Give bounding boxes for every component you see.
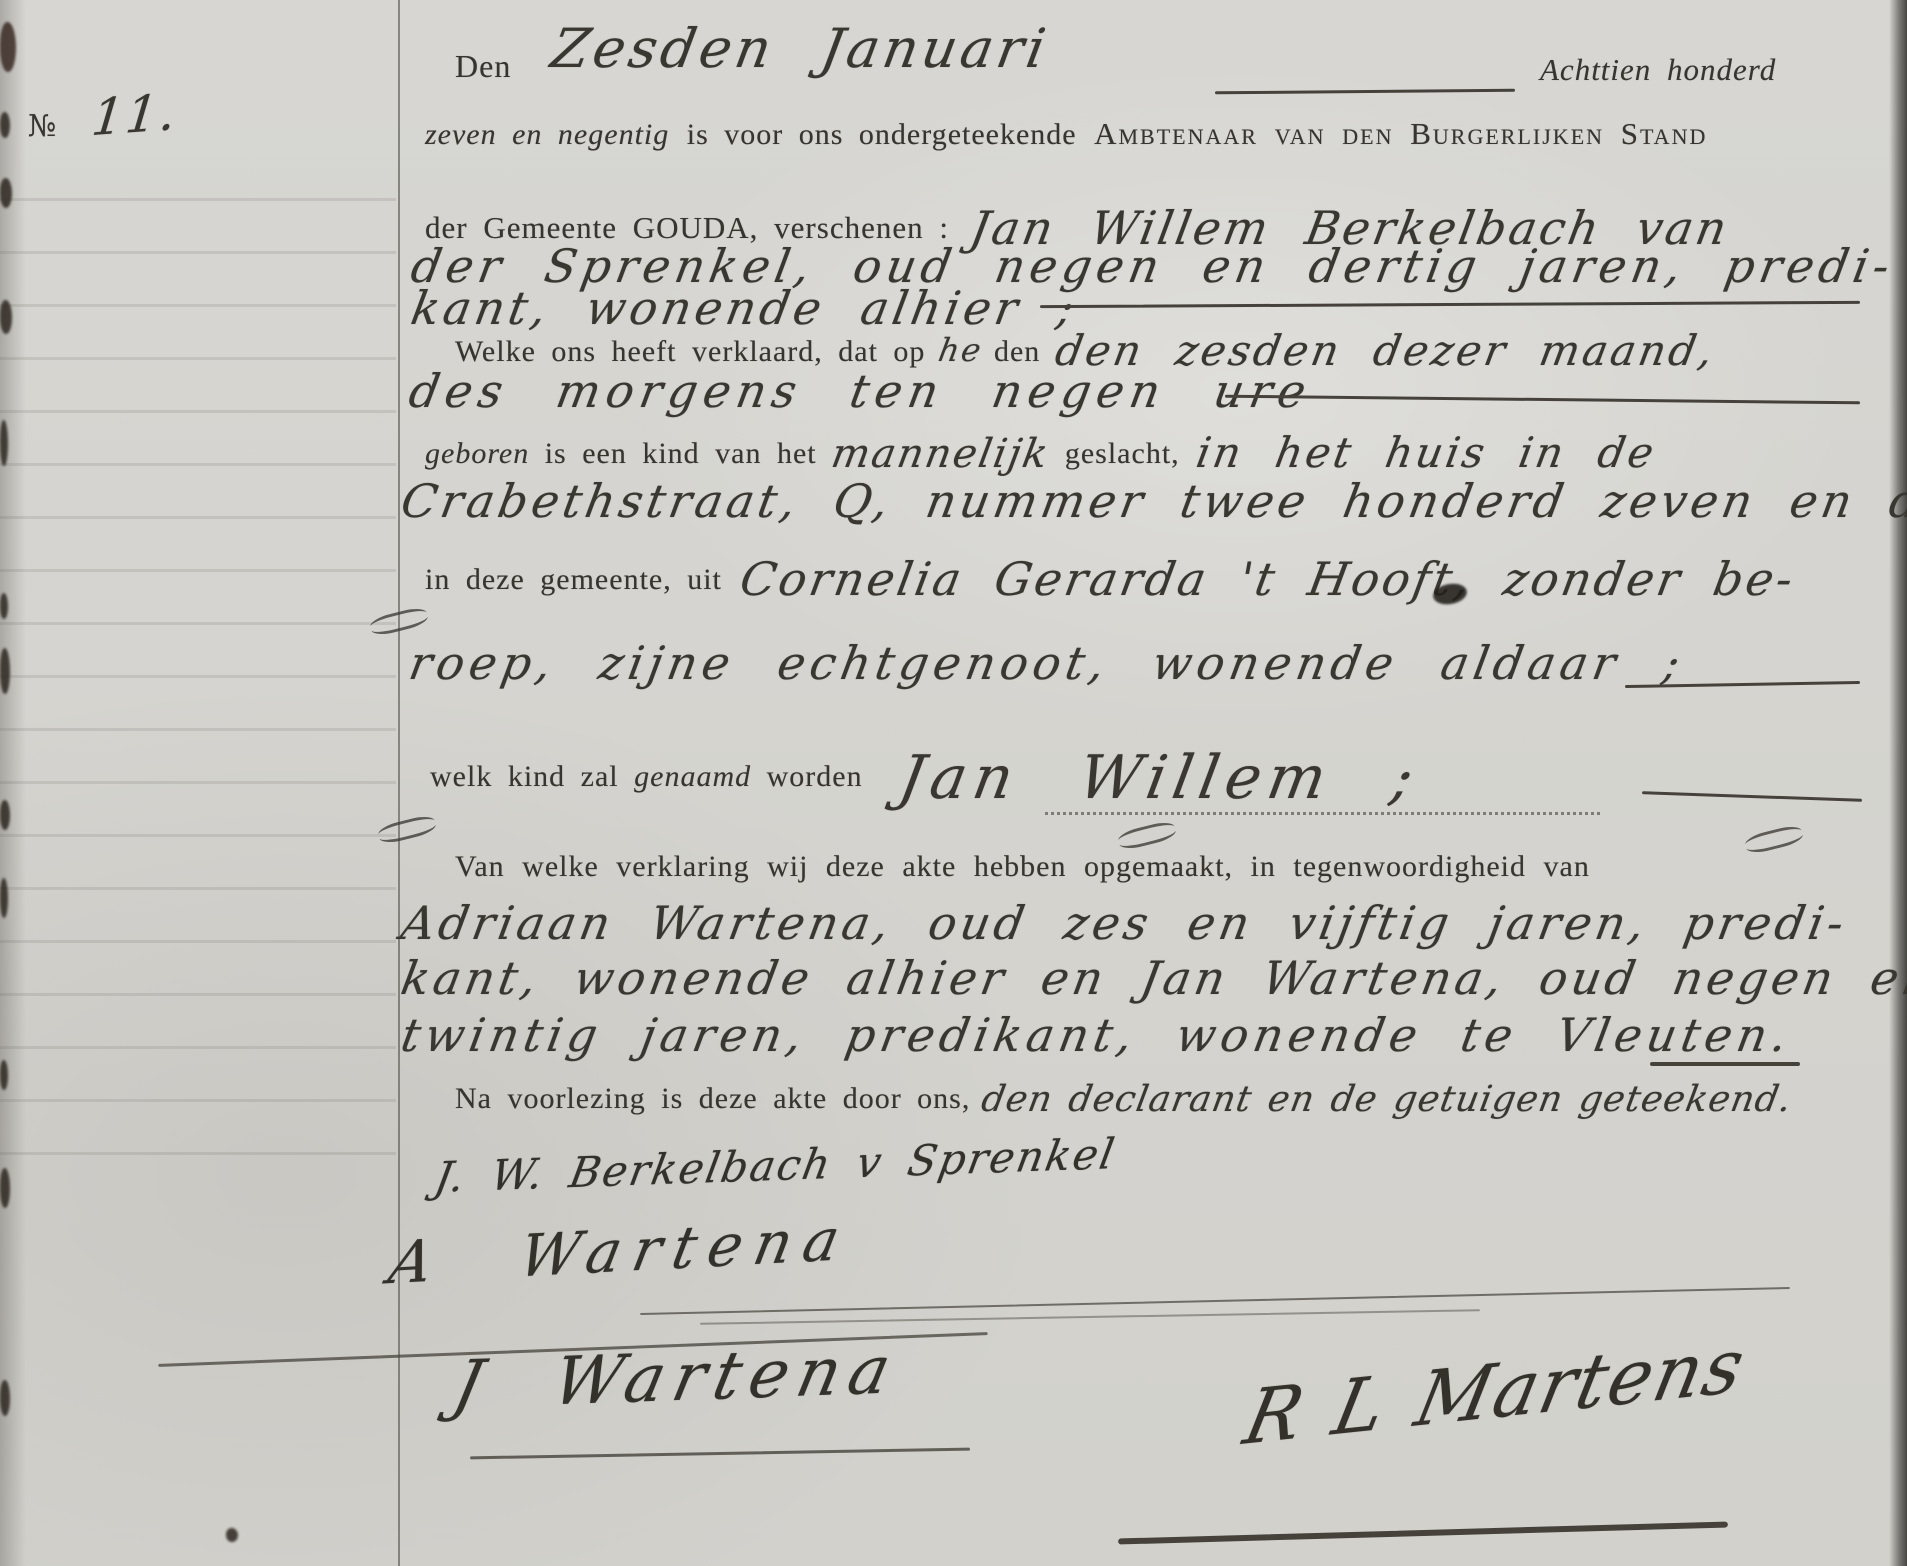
printed-gemeente-uit: in deze gemeente, uit xyxy=(425,563,722,596)
signature-witness1: A Wartena xyxy=(385,1210,857,1293)
scan-edge-mark xyxy=(0,300,12,334)
printed-welk-kind: welk kind zal xyxy=(430,760,619,793)
signature-text: R L Martens xyxy=(1237,1322,1753,1463)
printed-year-prefix: Achttien honderd xyxy=(1540,54,1776,85)
signature-text: A Wartena xyxy=(384,1205,858,1298)
hand-witness1: Adriaan Wartena, oud zes en vijftig jare… xyxy=(402,900,1847,947)
act-number-block: № xyxy=(28,112,57,142)
margin-vertical-rule xyxy=(398,0,400,1566)
printed-geslacht: geslacht, xyxy=(1065,437,1180,470)
hand-text: roep, zijne echtgenoot, wonende aldaar ; xyxy=(406,640,1688,686)
ink-speck xyxy=(226,1528,238,1542)
scan-edge-mark xyxy=(0,1168,10,1208)
signature-witness2: J Wartena xyxy=(448,1337,905,1419)
hand-witness2-details: twintig jaren, predikant, wonende te Vle… xyxy=(402,1012,1792,1059)
fill-line xyxy=(1225,395,1860,405)
printed-geboren: geboren xyxy=(425,437,529,470)
hand-text: kant, wonende alhier en Jan Wartena, oud… xyxy=(398,955,1907,1001)
form-line-mother: in deze gemeente, uit Cornelia Gerarda '… xyxy=(425,556,1796,602)
hand-witness2: kant, wonende alhier en Jan Wartena, oud… xyxy=(402,955,1907,1002)
hand-date-value: Zesden Januari xyxy=(547,22,1053,76)
signature-underline xyxy=(640,1287,1790,1315)
form-line-date-printed: Den xyxy=(455,50,511,82)
pen-flourish xyxy=(1117,819,1178,851)
act-number: 11. xyxy=(90,87,179,143)
scan-edge-mark xyxy=(0,800,10,830)
printed-na-voorlezing: Na voorlezing is deze akte door ons, xyxy=(455,1082,970,1115)
signature-registrar: R L Martens xyxy=(1238,1328,1752,1456)
signature-text: J Wartena xyxy=(447,1331,906,1424)
scanned-birth-record-page: № 11. Den Zesden Januari Achttien honder… xyxy=(0,0,1907,1566)
signature-declarant: J. W. Berkelbach v Sprenkel xyxy=(431,1133,1119,1199)
scan-edge-mark xyxy=(0,878,8,918)
hand-child-name: Jan Willem ; xyxy=(895,748,1425,808)
hand-date: Zesden Januari xyxy=(552,22,1048,76)
form-line-child-name: welk kind zal genaamd worden Jan Willem … xyxy=(430,748,1420,808)
hand-birth-house: in het huis in de xyxy=(1193,432,1659,474)
form-line-year-official: zeven en negentig is voor ons ondergetee… xyxy=(425,118,1707,150)
hand-text: Adriaan Wartena, oud zes en vijftig jare… xyxy=(398,900,1851,946)
scan-edge-mark xyxy=(0,22,16,72)
fill-line xyxy=(1642,791,1862,802)
hand-text: des morgens ten negen ure xyxy=(406,368,1315,414)
printed-achttien-honderd: Achttien honderd xyxy=(1540,52,1776,87)
hand-birth-time: des morgens ten negen ure xyxy=(410,368,1311,415)
form-line-witness-intro: Van welke verklaring wij deze akte hebbe… xyxy=(455,852,1590,882)
hand-sex: mannelijk xyxy=(829,434,1053,474)
printed-year-value: zeven en negentig xyxy=(425,118,669,151)
scan-edge-mark xyxy=(0,593,8,619)
signature-text: J. W. Berkelbach v Sprenkel xyxy=(431,1129,1120,1202)
printed-genaamd: genaamd xyxy=(634,760,751,793)
printed-text: Van welke verklaring wij deze akte hebbe… xyxy=(455,850,1590,883)
numero-symbol: № xyxy=(28,109,57,144)
printed-intro: is voor ons ondergeteekende xyxy=(687,118,1077,151)
hand-text: twintig jaren, predikant, wonende te Vle… xyxy=(398,1012,1796,1058)
signature-underline xyxy=(470,1448,970,1460)
fill-line xyxy=(1040,301,1860,308)
pen-flourish xyxy=(377,813,438,845)
printed-kind-van-het: is een kind van het xyxy=(545,437,817,470)
scan-edge-mark xyxy=(0,420,8,466)
scan-edge-mark xyxy=(0,1380,10,1416)
scan-edge-mark xyxy=(0,1060,8,1090)
pen-flourish xyxy=(1744,823,1805,855)
hand-mother-details: roep, zijne echtgenoot, wonende aldaar ; xyxy=(410,640,1684,687)
pen-dash xyxy=(1650,1062,1800,1066)
hand-closing: den declarant en de getuigen geteekend. xyxy=(979,1082,1795,1118)
hand-declarant-residence: kant, wonende alhier ; xyxy=(412,285,1077,332)
form-line-child-sex: geboren is een kind van het mannelijk ge… xyxy=(425,432,1656,474)
signature-underline xyxy=(700,1309,1480,1325)
hand-text: Crabethstraat, Q, nummer twee honderd ze… xyxy=(398,478,1907,524)
form-line-closing: Na voorlezing is deze akte door ons, den… xyxy=(455,1082,1792,1118)
printed-word-den: Den xyxy=(455,48,511,84)
scan-edge-mark xyxy=(0,648,10,694)
scan-left-edge-shadow xyxy=(0,0,26,1566)
act-number-value: 11. xyxy=(89,87,180,143)
scan-edge-mark xyxy=(0,112,10,138)
hand-text: kant, wonende alhier ; xyxy=(408,285,1081,331)
hand-birth-address: Crabethstraat, Q, nummer twee honderd ze… xyxy=(402,478,1907,525)
dotted-underline xyxy=(1045,812,1600,815)
scan-edge-mark xyxy=(0,178,12,208)
fill-line xyxy=(1215,89,1515,95)
margin-ruled-lines xyxy=(0,148,396,1168)
hand-mother-name: Cornelia Gerarda 't Hooft, zonder be- xyxy=(737,556,1799,602)
signature-underline xyxy=(1118,1521,1728,1544)
printed-worden: worden xyxy=(767,760,863,793)
scan-right-edge-shadow xyxy=(1889,0,1907,1566)
hand-he: he xyxy=(936,334,985,366)
printed-official-title: Ambtenaar van den Burgerlijken Stand xyxy=(1094,116,1707,151)
